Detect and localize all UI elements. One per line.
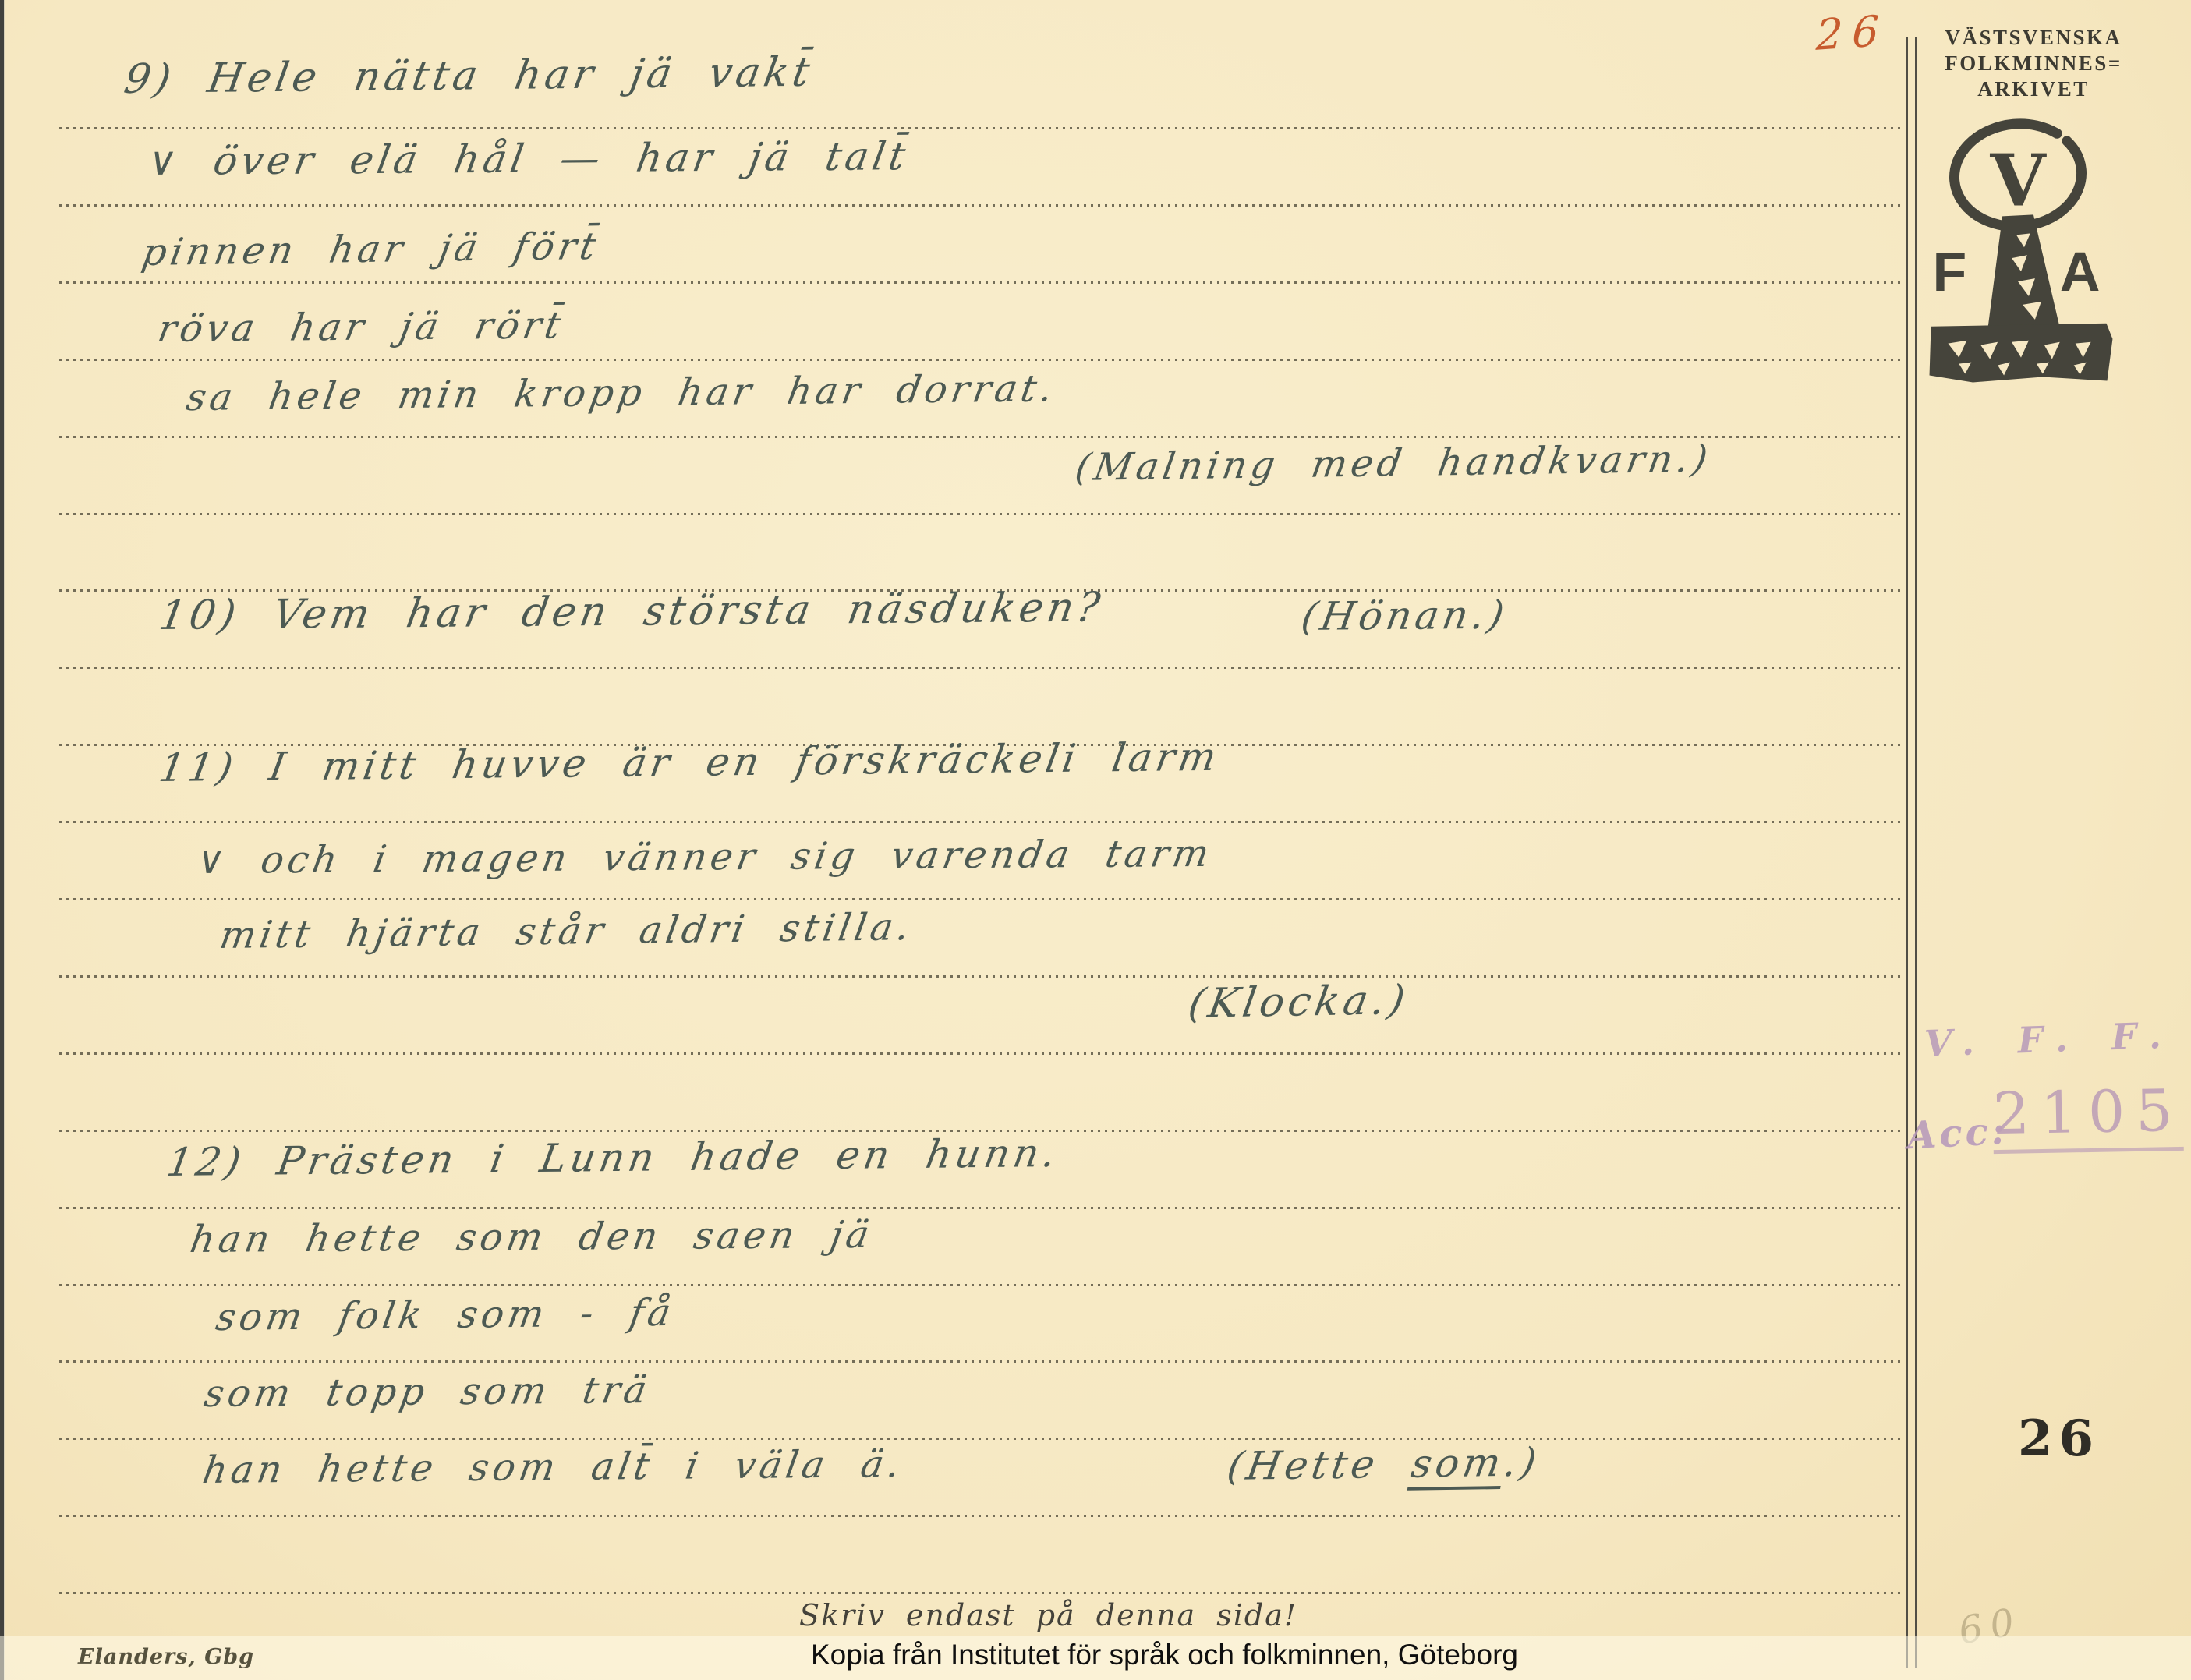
riddle-10-answer: (Hönan.) bbox=[1298, 592, 1511, 639]
archive-header: VÄSTSVENSKA FOLKMINNES= ARKIVET bbox=[1920, 25, 2147, 102]
riddle-9-line-5: sa hele min kropp har har dorrat. bbox=[183, 366, 1060, 419]
riddle-11-line-1: 11) I mitt huvve är en förskräckeli larm bbox=[156, 734, 1223, 790]
logo-letter-f: F bbox=[1933, 241, 1967, 303]
riddle-9-line-1: 9) Hele nätta har jä vakt̄ bbox=[121, 49, 817, 103]
riddle-10-line-1: 10) Vem har den största näsduken? bbox=[156, 584, 1107, 639]
page-number-printed: 26 bbox=[2018, 1409, 2100, 1468]
riddle-9-line-3: pinnen har jä fört̄ bbox=[139, 225, 603, 274]
ruled-line bbox=[59, 204, 1904, 207]
riddle-9-line-4: röva har jä rört̄ bbox=[154, 303, 568, 351]
logo-letter-v: V bbox=[1989, 138, 2047, 222]
ruled-line bbox=[59, 436, 1904, 438]
ruled-line bbox=[59, 127, 1904, 129]
ruled-line bbox=[59, 281, 1904, 284]
riddle-12-line-2: han hette som den saen jä bbox=[187, 1213, 876, 1261]
ruled-line bbox=[59, 821, 1904, 823]
riddle-11-answer: (Klocka.) bbox=[1185, 977, 1412, 1027]
ruled-line bbox=[59, 1052, 1904, 1055]
ruled-line bbox=[59, 359, 1904, 361]
ruled-line bbox=[59, 1360, 1904, 1363]
riddle-9-answer: (Malning med handkvarn.) bbox=[1072, 437, 1715, 490]
ruled-line bbox=[59, 1284, 1904, 1286]
scan-edge-highlight bbox=[4, 0, 5, 1680]
archive-header-line-3: ARKIVET bbox=[1920, 76, 2147, 102]
stamp-acc-number: 2105 bbox=[1992, 1077, 2184, 1154]
riddle-11-line-2: ∨ och i magen vänner sig varenda tarm bbox=[193, 832, 1216, 882]
divider-rule bbox=[1906, 37, 1917, 1668]
riddle-12-answer-prefix: (Hette bbox=[1224, 1441, 1415, 1489]
riddle-12-line-1: 12) Prästen i Lunn hade en hunn. bbox=[164, 1130, 1063, 1185]
riddle-9-line-2: ∨ över elä hål — har jä talt̄ bbox=[144, 133, 912, 184]
riddle-11-line-3: mitt hjärta står aldri stilla. bbox=[217, 905, 916, 957]
footer-instruction: Skriv endast på denna sida! bbox=[799, 1598, 1297, 1632]
ruled-line bbox=[59, 667, 1904, 669]
page-number-red: 26 bbox=[1815, 5, 1889, 60]
archive-header-line-2: FOLKMINNES= bbox=[1920, 51, 2147, 76]
ruled-line bbox=[59, 898, 1904, 900]
ruled-line bbox=[59, 1515, 1904, 1517]
ruled-line bbox=[59, 1207, 1904, 1209]
ruled-line bbox=[59, 513, 1904, 515]
ruled-line bbox=[59, 1592, 1904, 1594]
riddle-12-line-4: som topp som trä bbox=[201, 1368, 654, 1416]
logo-letter-a: A bbox=[2060, 241, 2101, 303]
archive-header-line-1: VÄSTSVENSKA bbox=[1920, 25, 2147, 51]
riddle-12-answer: (Hette som.) bbox=[1224, 1439, 1543, 1489]
stamp-initials: V. F. F. bbox=[1924, 1013, 2177, 1064]
ruled-line bbox=[59, 1438, 1904, 1440]
thors-hammer-logo-icon: V F A bbox=[1926, 118, 2113, 460]
printer-mark: Elanders, Gbg bbox=[78, 1645, 254, 1669]
ruled-line bbox=[59, 975, 1904, 978]
riddle-12-line-5: han hette som alt̄ i väla ä. bbox=[200, 1442, 907, 1492]
riddle-12-answer-word: som bbox=[1407, 1440, 1508, 1491]
riddle-12-line-3: som folk som - få bbox=[213, 1291, 678, 1339]
copy-notice: Kopia från Institutet för språk och folk… bbox=[811, 1639, 1518, 1671]
riddle-12-answer-suffix: .) bbox=[1500, 1439, 1543, 1485]
